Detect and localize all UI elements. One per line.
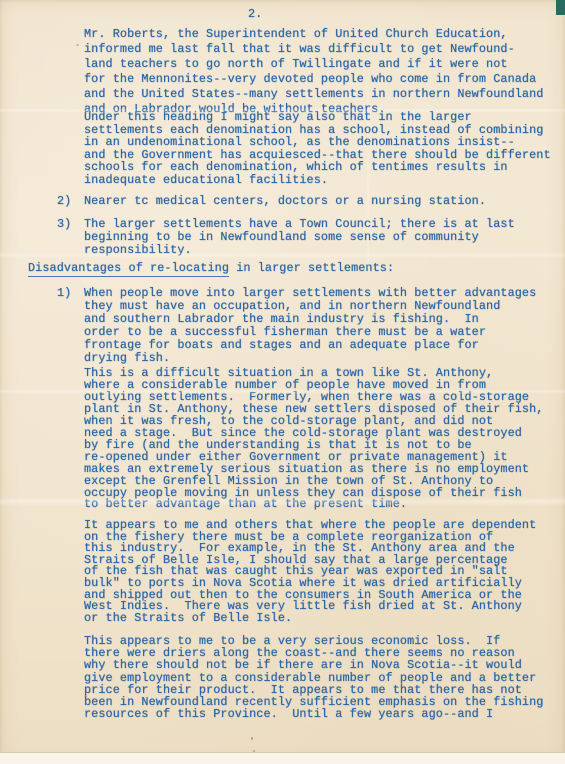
section-heading-underlined: Disadvantages of re-locating [28,261,229,277]
list-item-3-text: The larger settlements have a Town Counc… [84,218,515,258]
list-item-1-text: When people move into larger settlements… [84,287,536,364]
teal-corner-mark [556,0,565,15]
section-heading-disadvantages: Disadvantages of re-locating in larger s… [28,261,394,275]
page-number: 2. [248,7,262,21]
document-page: 2. Mr. Roberts, the Superintendent of Un… [0,0,565,764]
paragraph-fishery-reorganization: It appears to me and others that where t… [84,520,536,624]
list-item-1-number: 1) [57,287,84,364]
paper-speck [251,737,253,740]
list-item-3-number: 3) [57,218,84,258]
list-item-2-number: 2) [57,195,84,208]
paragraph-under-this-heading: Under this heading I might say also that… [84,111,551,187]
paragraph-economic-loss: This appears to me to be a very serious … [84,635,543,720]
paper-speck [84,695,87,697]
list-item-3: 3) The larger settlements have a Town Co… [57,218,515,258]
list-item-2: 2) Nearer tc medical centers, doctors or… [57,195,486,208]
paper-bottom-edge [0,752,565,764]
paragraph-mr-roberts: Mr. Roberts, the Superintendent of Unite… [84,27,543,117]
list-item-1: 1) When people move into larger settleme… [57,287,536,364]
list-item-2-text: Nearer tc medical centers, doctors or a … [84,195,486,208]
paper-speck [76,44,79,46]
section-heading-rest: in larger settlements: [229,261,394,275]
paragraph-st-anthony: This is a difficult situation in a town … [84,368,543,511]
